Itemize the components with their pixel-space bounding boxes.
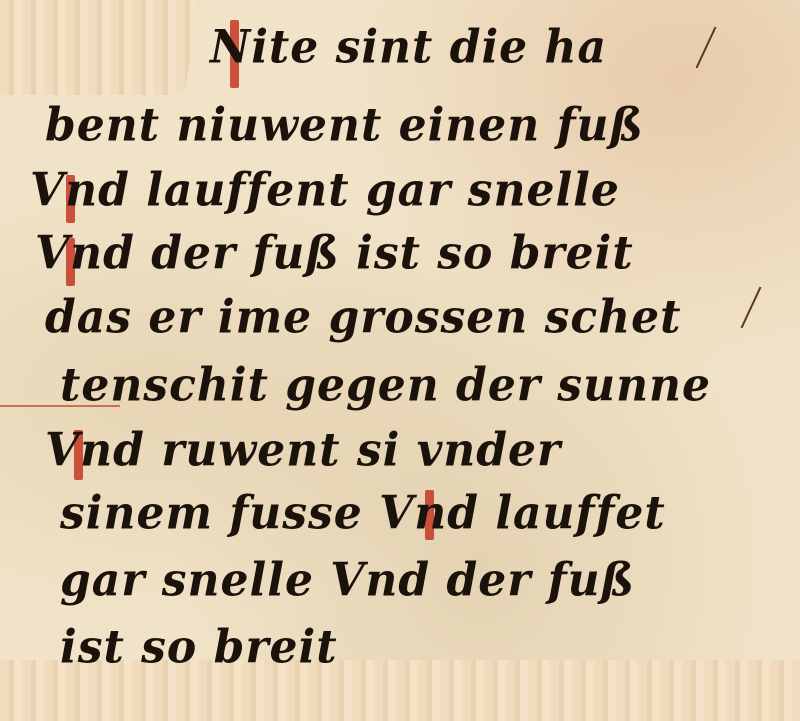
manuscript-line-5: das er ime grossen schet [45,291,681,345]
manuscript-line-8: sinem fusse Vnd lauffet [60,487,666,541]
manuscript-line-9: gar snelle Vnd der fuß [60,554,635,608]
manuscript-line-4: Vnd der fuß ist so breit [35,227,634,281]
manuscript-line-7: Vnd ruwent si vnder [45,424,561,478]
manuscript-line-10: ist so breit [60,621,338,675]
manuscript-line-3: Vnd lauffent gar snelle [30,164,620,218]
manuscript-line-6: tenschit gegen der sunne [60,359,711,413]
manuscript-line-2: bent niuwent einen fuß [45,99,644,153]
manuscript-line-1: Nite sint die ha [210,21,607,75]
